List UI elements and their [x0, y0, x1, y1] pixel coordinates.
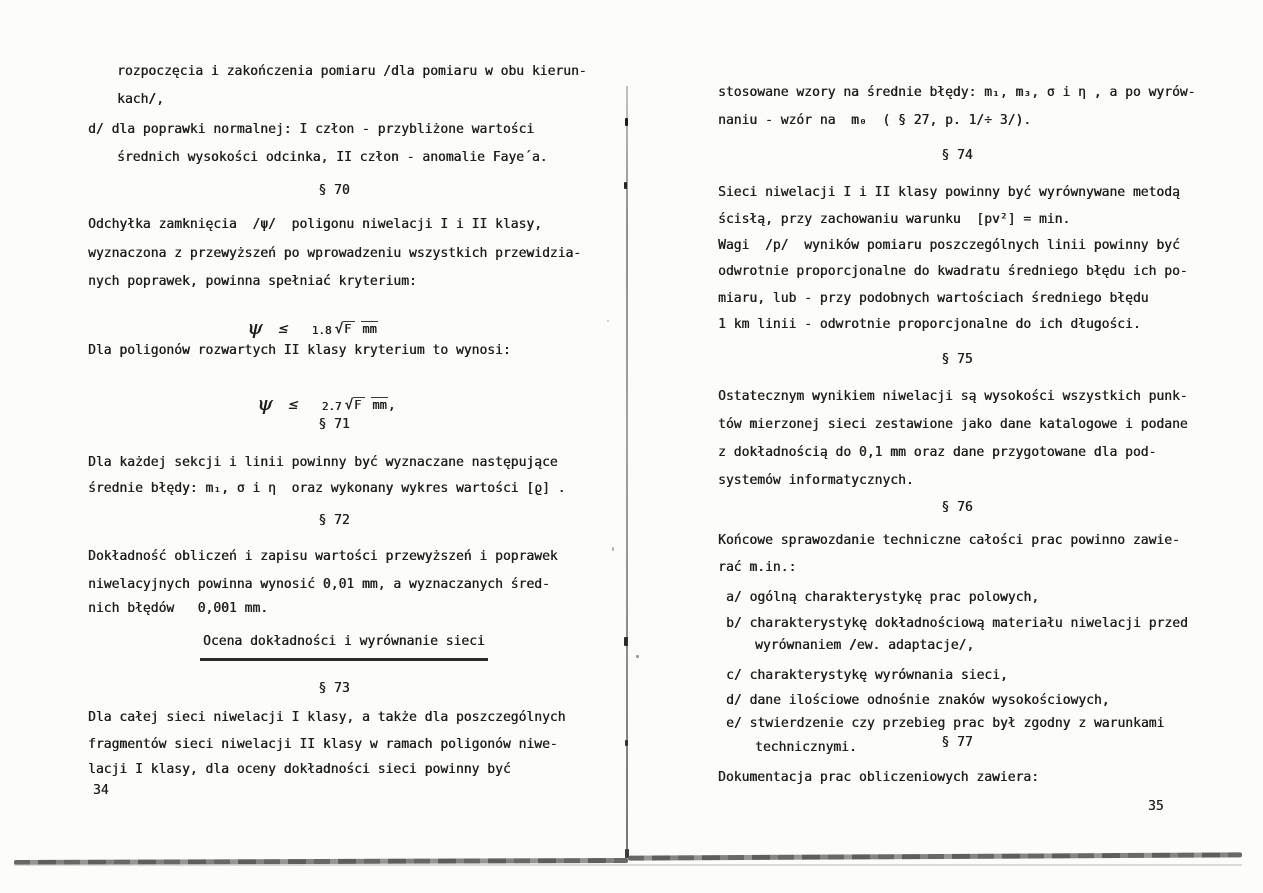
text-line: Dla poligonów rozwartych II klasy kryter… — [88, 343, 511, 359]
unit-label: mm — [361, 321, 377, 336]
text-line: Dla całej sieci niwelacji I klasy, a tak… — [88, 710, 565, 726]
scan-artifact — [607, 320, 609, 322]
text-line: odwrotnie proporcjonalne do kwadratu śre… — [718, 264, 1188, 280]
radicand: F — [353, 397, 365, 412]
list-item: e/ stwierdzenie czy przebieg prac był zg… — [726, 716, 1164, 732]
scan-artifact — [624, 637, 628, 646]
text-line: Końcowe sprawozdanie techniczne całości … — [718, 533, 1180, 549]
text-line: tów mierzonej sieci zestawione jako dane… — [718, 417, 1188, 433]
text-line: lacji I klasy, dla oceny dokładności sie… — [88, 762, 511, 778]
text-line: rozpoczęcia i zakończenia pomiaru /dla p… — [117, 64, 587, 80]
list-item: c/ charakterystykę wyrównania sieci, — [726, 668, 1008, 684]
text-line: Dla każdej sekcji i linii powinny być wy… — [88, 455, 558, 471]
scan-artifact — [636, 655, 639, 658]
section-marker: § 74 — [718, 148, 1196, 164]
text-line: Dokładność obliczeń i zapisu wartości pr… — [88, 549, 558, 565]
text-line: kach/, — [117, 92, 164, 108]
list-item: b/ charakterystykę dokładnościową materi… — [726, 616, 1188, 632]
scan-artifact — [625, 118, 628, 126]
book-scan: rozpoczęcia i zakończenia pomiaru /dla p… — [0, 0, 1263, 893]
text-line: Ostatecznym wynikiem niwelacji są wysoko… — [718, 389, 1188, 405]
section-marker: § 71 — [88, 417, 580, 433]
less-equal-sign: ≤ — [287, 396, 299, 412]
section-marker: § 77 — [718, 735, 1196, 751]
text-line: Sieci niwelacji I i II klasy powinny być… — [718, 185, 1180, 201]
scan-artifact — [612, 547, 614, 551]
list-item: d/ dane ilościowe odnośnie znaków wysoko… — [726, 693, 1110, 709]
text-line: systemów informatycznych. — [718, 473, 914, 489]
list-item: a/ ogólną charakterystykę prac polowych, — [726, 590, 1039, 606]
text-line: naniu - wzór na m₀ ( § 27, p. 1/÷ 3/). — [718, 113, 1031, 129]
text-line: miaru, lub - przy podobnych wartościach … — [718, 291, 1148, 307]
scan-artifact — [624, 182, 627, 189]
formula-suffix: , — [388, 398, 396, 413]
text-line: fragmentów sieci niwelacji II klasy w ra… — [88, 737, 558, 753]
text-line: średnich wysokości odcinka, II człon - a… — [117, 150, 547, 166]
section-heading: Ocena dokładności i wyrównanie sieci — [200, 634, 488, 661]
text-line: z dokładnością do 0,1 mm oraz dane przyg… — [718, 445, 1156, 461]
text-line: nich błędów 0,001 mm. — [88, 601, 268, 617]
page-bottom-edge-shadow — [14, 864, 1242, 866]
page-number-left: 34 — [93, 783, 109, 799]
psi-symbol: ψ — [257, 391, 273, 415]
text-line: stosowane wzory na średnie błędy: m₁, m₃… — [718, 85, 1195, 101]
section-marker: § 75 — [718, 352, 1196, 368]
text-line: wyznaczona z przewyższeń po wprowadzeniu… — [88, 246, 581, 262]
section-marker: § 76 — [718, 500, 1196, 516]
radical-icon: √ — [335, 321, 343, 337]
text-line: wyrównaniem /ew. adaptacje/, — [755, 638, 974, 654]
text-line: 1 km linii - odwrotnie proporcjonalne do… — [718, 317, 1141, 333]
section-marker: § 70 — [88, 183, 580, 199]
section-marker: § 72 — [88, 513, 580, 529]
text-line: rać m.in.: — [718, 560, 796, 576]
radicand: F — [343, 321, 355, 336]
radical-icon: √ — [345, 397, 353, 413]
text-line: Wagi /p/ wyników pomiaru poszczególnych … — [718, 238, 1180, 254]
scan-artifact — [625, 740, 628, 746]
page-number-right: 35 — [1148, 799, 1164, 815]
text-line: Dokumentacja prac obliczeniowych zawiera… — [718, 770, 1039, 786]
section-marker: § 73 — [88, 681, 580, 697]
coefficient: 1.8 — [312, 324, 332, 337]
text-line: ścisłą, przy zachowaniu warunku [pv²] = … — [718, 212, 1070, 228]
text-line: Odchyłka zamknięcia /ψ/ poligonu niwelac… — [88, 217, 542, 233]
text-line: niwelacyjnych powinna wynosić 0,01 mm, a… — [88, 577, 550, 593]
left-page: rozpoczęcia i zakończenia pomiaru /dla p… — [88, 0, 580, 893]
text-line: średnie błędy: m₁, σ i η oraz wykonany w… — [88, 481, 565, 497]
unit-label: mm — [371, 397, 387, 412]
section-heading-text: Ocena dokładności i wyrównanie sieci — [200, 634, 488, 661]
right-page: stosowane wzory na średnie błędy: m₁, m₃… — [718, 0, 1196, 893]
text-line: nych poprawek, powinna spełniać kryteriu… — [88, 274, 417, 290]
list-item: d/ dla poprawki normalnej: I człon - prz… — [88, 122, 534, 138]
less-equal-sign: ≤ — [277, 320, 289, 336]
coefficient: 2.7 — [322, 400, 342, 413]
psi-symbol: ψ — [247, 315, 263, 339]
